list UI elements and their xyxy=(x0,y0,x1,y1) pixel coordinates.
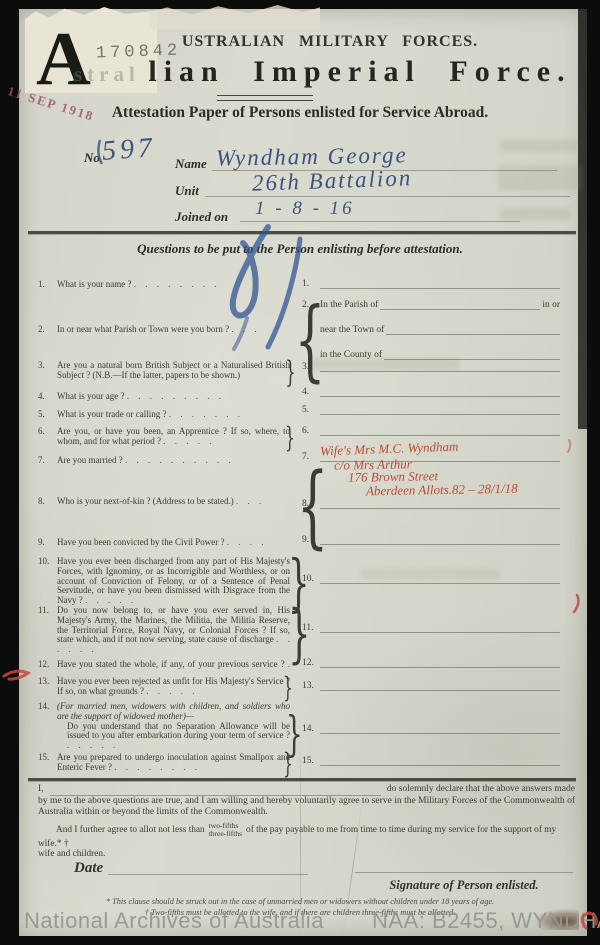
brace-close-q6: } xyxy=(285,424,295,452)
question-5: 5. What is your trade or calling ? . . .… xyxy=(38,410,290,420)
answer-15: 15. xyxy=(302,754,560,766)
question-6: 6. Are you, or have you been, an Apprent… xyxy=(38,427,290,447)
answer-2-town: near the Town of xyxy=(320,323,560,335)
brace-close-q13: } xyxy=(283,674,293,702)
answer-3: 3. xyxy=(302,360,560,372)
allotment-pre-text: And I further agree to allot not less th… xyxy=(38,825,205,835)
answer-13: 13. xyxy=(302,679,560,691)
attestation-paper-scan: { "header": { "big_letter": "A", "stamp_… xyxy=(0,0,600,945)
answer-9: 9. xyxy=(302,533,560,545)
signature-caption: Signature of Person enlisted. xyxy=(355,878,573,893)
bleed-through-artifact xyxy=(500,140,578,152)
joined-on-label: Joined on xyxy=(175,209,228,225)
section-divider-rule xyxy=(28,231,576,234)
footnote-1: * This clause should be struck out in th… xyxy=(0,897,600,906)
question-9: 9. Have you been convicted by the Civil … xyxy=(38,538,290,548)
signature-line xyxy=(355,872,573,873)
allotment-post-text: of the pay payable to me from time to ti… xyxy=(246,825,556,835)
question-2: 2. In or near what Parish or Town were y… xyxy=(38,325,290,335)
answer-14: 14. xyxy=(302,722,560,734)
question-8: 8. Who is your next-of-kin ? (Address to… xyxy=(38,497,290,507)
next-of-kin-handwritten-line4: Aberdeen Allots.82 – 28/1/18 xyxy=(366,482,518,498)
questions-heading: Questions to be put to the Person enlist… xyxy=(0,241,600,257)
question-14: 14. (For married men, widowers with chil… xyxy=(38,702,290,751)
force-title-line1: USTRALIAN MILITARY FORCES. xyxy=(0,33,600,51)
no-label: No xyxy=(84,150,100,166)
answer-5: 5. xyxy=(302,403,560,415)
question-10: 10. Have you ever been discharged from a… xyxy=(38,557,290,606)
name-label: Name xyxy=(175,156,207,172)
question-13: 13. Have you ever been rejected as unfit… xyxy=(38,677,290,697)
watermark-archives: National Archives of Australia xyxy=(24,908,324,934)
answer-11: 11. xyxy=(302,621,560,633)
joined-date-handwritten: 1 - 8 - 16 xyxy=(255,198,355,220)
wife-option-2: wife and children. xyxy=(38,850,575,860)
declaration-body: by me to the above questions are true, a… xyxy=(38,796,575,819)
watermark-naa-reference: NAA: B2455, WYNDHAM G xyxy=(372,908,600,934)
question-1: 1. What is your name ? . . . . . . . . xyxy=(38,280,290,290)
declaration-after-line: do solemnly declare that the above answe… xyxy=(387,784,575,796)
answer-12: 12. xyxy=(302,656,560,668)
brace-close-q15: } xyxy=(283,750,293,778)
bleed-through-artifact xyxy=(498,165,582,191)
answer-2-county: in the County of xyxy=(320,348,560,360)
answer-2-parish: 2. In the Parish of in or xyxy=(302,298,560,310)
declaration-divider-rule xyxy=(28,778,576,781)
double-rule xyxy=(217,95,313,101)
allotment-paragraph: And I further agree to allot not less th… xyxy=(38,822,575,859)
answer-8: 8. xyxy=(302,497,560,509)
answer-4: 4. xyxy=(302,385,560,397)
date-label: Date xyxy=(74,860,103,877)
question-3: 3. Are you a natural born British Subjec… xyxy=(38,361,290,381)
wife-option-1: wife.* † xyxy=(38,840,575,850)
question-15: 15. Are you prepared to undergo inoculat… xyxy=(38,753,290,773)
declaration-i-label: I, xyxy=(38,784,44,796)
question-4: 4. What is your age ? . . . . . . . . . xyxy=(38,392,290,402)
answer-6: 6. xyxy=(302,424,560,436)
service-number-handwritten: 597 xyxy=(101,132,157,168)
answer-10: 10. xyxy=(302,572,560,584)
declaration-name-line xyxy=(50,786,381,796)
bleed-through-artifact xyxy=(500,208,570,220)
unit-label: Unit xyxy=(175,183,199,199)
force-title-line2: lian Imperial Force. xyxy=(130,55,590,89)
question-11: 11. Do you now belong to, or have you ev… xyxy=(38,606,290,655)
date-line xyxy=(108,874,308,875)
answer-1: 1. xyxy=(302,277,560,289)
question-7: 7. Are you married ? . . . . . . . . . . xyxy=(38,456,290,466)
declaration-paragraph: I, do solemnly declare that the above an… xyxy=(38,784,575,819)
brace-close-q3: } xyxy=(285,358,296,388)
fraction-options: two-fifths three-fifths xyxy=(209,822,242,837)
